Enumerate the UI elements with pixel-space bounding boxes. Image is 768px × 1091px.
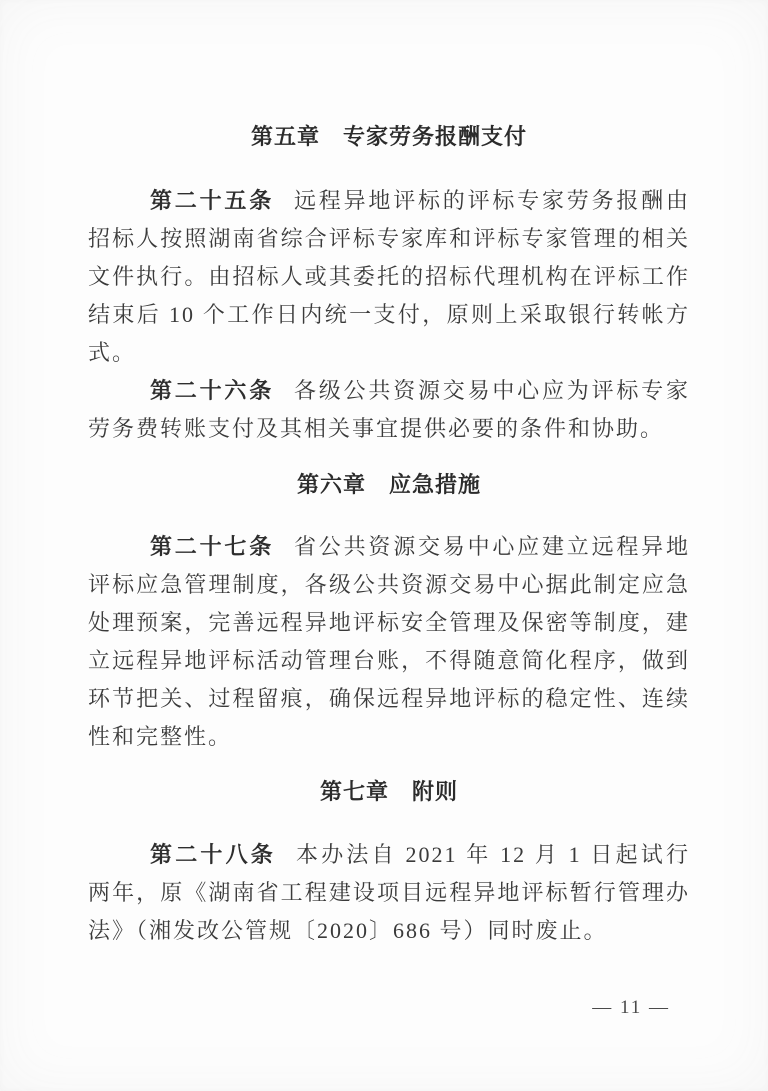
chapter-5-heading: 第五章 专家劳务报酬支付 bbox=[88, 124, 690, 152]
article-26: 第二十六条各级公共资源交易中心应为评标专家劳务费转账支付及其相关事宜提供必要的条… bbox=[88, 372, 690, 448]
chapter-6-heading: 第六章 应急措施 bbox=[88, 472, 690, 500]
document-content: 第五章 专家劳务报酬支付 第二十五条远程异地评标的评标专家劳务报酬由招标人按照湖… bbox=[0, 0, 768, 950]
article-28-label: 第二十八条 bbox=[150, 842, 276, 867]
article-26-label: 第二十六条 bbox=[150, 378, 274, 403]
article-27-label: 第二十七条 bbox=[150, 534, 274, 559]
page-number: — 11 — bbox=[592, 997, 670, 1019]
article-25-text: 远程异地评标的评标专家劳务报酬由招标人按照湖南省综合评标专家库和评标专家管理的相… bbox=[88, 188, 690, 365]
article-27: 第二十七条省公共资源交易中心应建立远程异地评标应急管理制度，各级公共资源交易中心… bbox=[88, 528, 690, 756]
document-page: 第五章 专家劳务报酬支付 第二十五条远程异地评标的评标专家劳务报酬由招标人按照湖… bbox=[0, 0, 768, 1091]
chapter-7-heading: 第七章 附则 bbox=[88, 779, 690, 807]
article-25-label: 第二十五条 bbox=[150, 188, 274, 213]
article-25: 第二十五条远程异地评标的评标专家劳务报酬由招标人按照湖南省综合评标专家库和评标专… bbox=[88, 182, 690, 372]
article-28: 第二十八条本办法自 2021 年 12 月 1 日起试行两年，原《湖南省工程建设… bbox=[88, 836, 690, 950]
article-27-text: 省公共资源交易中心应建立远程异地评标应急管理制度，各级公共资源交易中心据此制定应… bbox=[88, 534, 690, 749]
